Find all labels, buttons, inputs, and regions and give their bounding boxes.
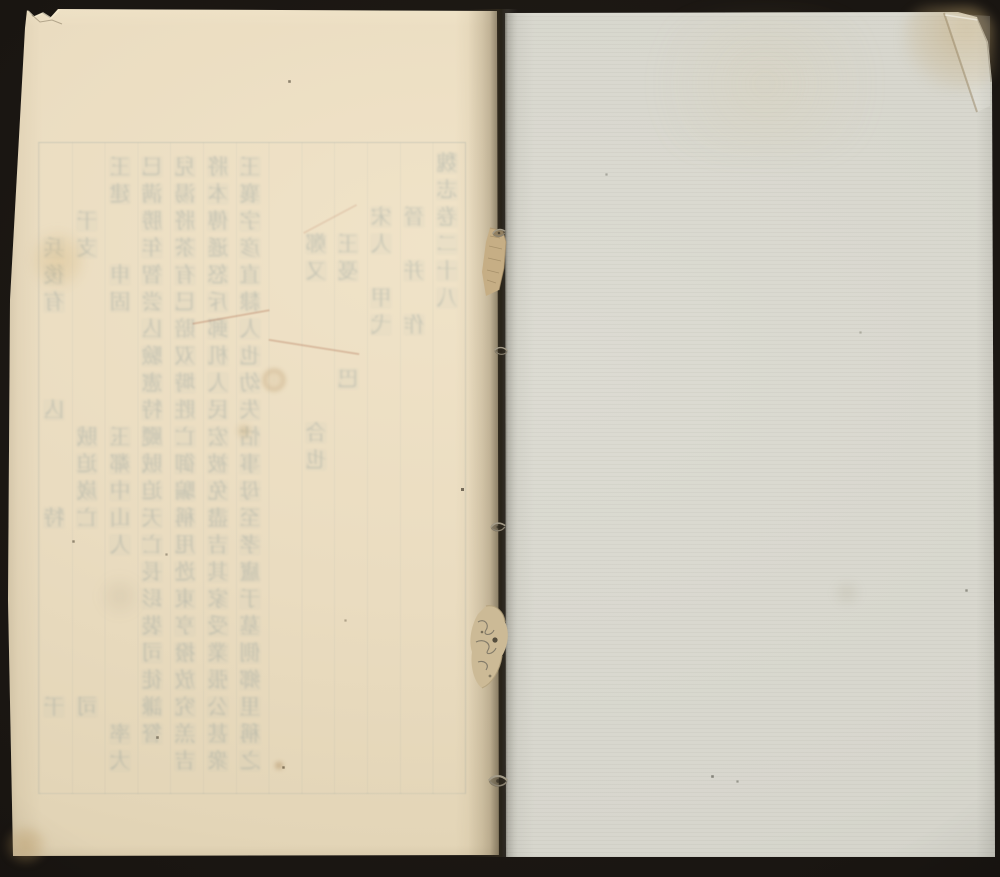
stain-smudge [830, 580, 864, 606]
stain-spot [272, 760, 286, 771]
damaged-patch [464, 602, 512, 696]
gutter-shadow [468, 9, 522, 857]
paper-fragment [478, 224, 512, 304]
corner-fold-crease [930, 6, 998, 124]
stain-top-center [620, 14, 910, 154]
dust-specks [0, 0, 1, 1]
book-scan-photo: 魏志卷二十八晉并作宋人甲弋王戞巴鄭又合也王襄字彦直隸人也幼失怙事母至孝廬于墓側鄉… [0, 0, 1000, 877]
torn-corner-top-left [18, 2, 74, 32]
stain-spot [262, 368, 286, 392]
stain-left-edge [32, 228, 84, 292]
bleedthrough-frame [38, 142, 466, 794]
stain-spot [234, 422, 254, 440]
stain-bottom-left-corner [4, 826, 48, 864]
stain-smudge [96, 576, 144, 616]
